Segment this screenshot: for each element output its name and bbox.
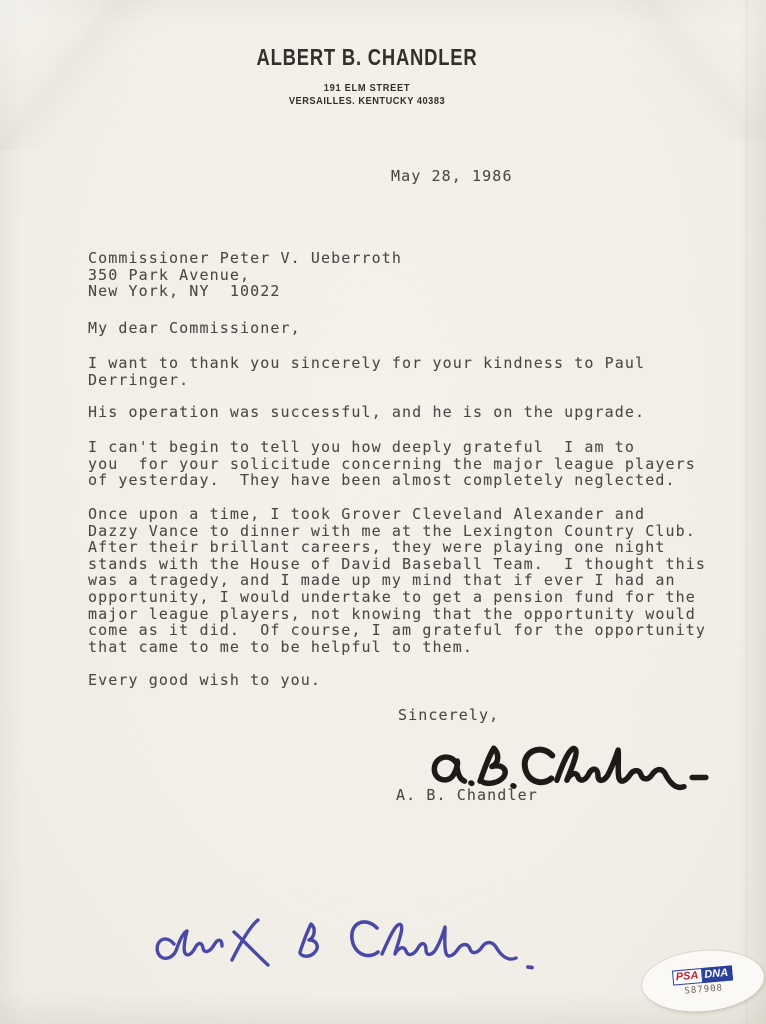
closing-sincerely: Sincerely,	[398, 707, 499, 724]
letter-page: ALBERT B. CHANDLER 191 ELM STREET VERSAI…	[0, 0, 766, 1024]
letterhead-city: VERSAILLES. KENTUCKY 40383	[44, 95, 690, 107]
letterhead-name: ALBERT B. CHANDLER	[73, 44, 660, 71]
body-paragraph-2: His operation was successful, and he is …	[88, 404, 645, 421]
blue-autograph-signature	[152, 912, 552, 990]
letterhead-street: 191 ELM STREET	[44, 82, 690, 94]
typed-signature-name: A. B. Chandler	[396, 787, 538, 804]
paper-crease-right-edge	[745, 0, 748, 1024]
body-paragraph-1: I want to thank you sincerely for your k…	[88, 355, 645, 388]
psa-dna-sticker: PSADNA S87908	[640, 946, 766, 1016]
body-paragraph-4: Once upon a time, I took Grover Clevelan…	[88, 506, 706, 655]
salutation: My dear Commissioner,	[88, 320, 301, 337]
psa-dna-logo: PSADNA	[672, 965, 733, 985]
body-paragraph-3: I can't begin to tell you how deeply gra…	[88, 439, 696, 489]
recipient-address: Commissioner Peter V. Ueberroth 350 Park…	[88, 250, 402, 300]
dna-label: DNA	[702, 965, 733, 983]
psa-label: PSA	[672, 968, 703, 986]
cert-number: S87908	[684, 983, 723, 996]
date-line: May 28, 1986	[391, 168, 513, 185]
letterhead: ALBERT B. CHANDLER 191 ELM STREET VERSAI…	[0, 44, 734, 107]
body-paragraph-5: Every good wish to you.	[88, 672, 321, 689]
